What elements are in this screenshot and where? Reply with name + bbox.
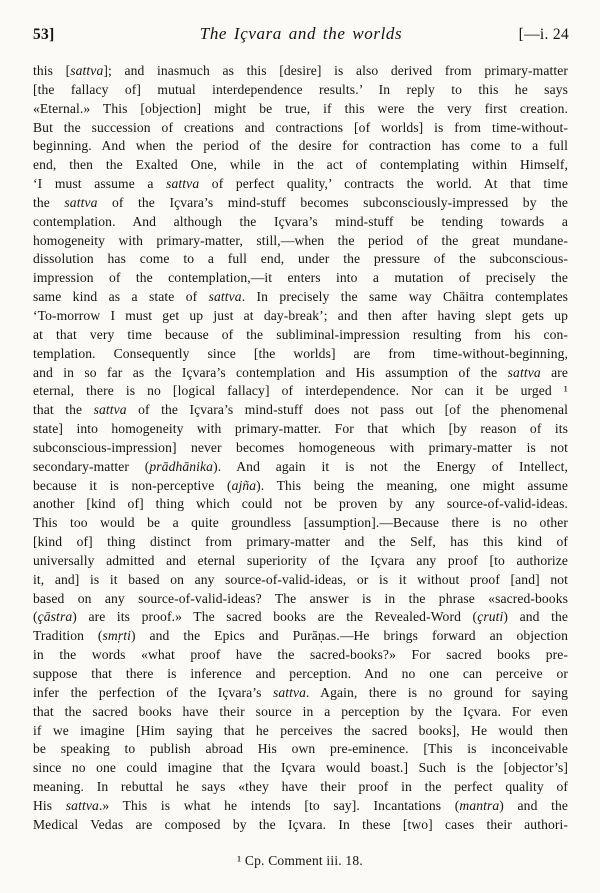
text-line: impression of the contemplation,—it ente… (33, 269, 568, 288)
text-line: universally admitted and eternal superio… (33, 552, 568, 571)
text-line: His sattva.» This is what he intends [to… (33, 797, 568, 816)
text-line: that the sattva of the Içvara’s mind-stu… (33, 401, 568, 420)
text-line: another [kind of] thing which could not … (33, 495, 568, 514)
text-line: eternal, there is no [logical fallacy] o… (33, 382, 568, 401)
text-line: this [sattva]; and inasmuch as this [des… (33, 62, 568, 81)
text-line: infer the perfection of the Içvara’s sat… (33, 684, 568, 703)
document-page: 53] The Içvara and the worlds [—i. 24 th… (0, 0, 600, 893)
text-line: at that very time because of the sublimi… (33, 326, 568, 345)
footnote: ¹ Cp. Comment iii. 18. (0, 853, 600, 869)
text-line: templation. Consequently since [the worl… (33, 345, 568, 364)
page-number: 53] (33, 26, 123, 44)
text-line: «Eternal.» This [objection] might be tru… (33, 100, 568, 119)
text-line: it, and] is it based on any source-of-va… (33, 571, 568, 590)
text-line: [the fallacy of] mutual interdependence … (33, 81, 568, 100)
text-line: beginning. And when the period of the de… (33, 137, 568, 156)
page-header: 53] The Içvara and the worlds [—i. 24 (33, 24, 569, 44)
text-line: But the succession of creations and cont… (33, 119, 568, 138)
text-line: ‘To-morrow I must get up just at day-bre… (33, 307, 568, 326)
section-reference: [—i. 24 (479, 26, 569, 44)
text-line: contemplation. And although the Içvara’s… (33, 213, 568, 232)
text-line: Medical Vedas are composed by the Içvara… (33, 816, 568, 835)
text-line: (çāstra) are its proof.» The sacred book… (33, 608, 568, 627)
page-title: The Içvara and the worlds (123, 24, 479, 44)
text-line: if we imagine [Him saying that he percei… (33, 722, 568, 741)
text-line: suppose that there is inference and perc… (33, 665, 568, 684)
text-line: Tradition (smṛti) and the Epics and Purā… (33, 627, 568, 646)
text-line: subconscious-impression] never becomes h… (33, 439, 568, 458)
text-line: homogeneity with primary-matter, still,—… (33, 232, 568, 251)
text-line: be speaking to publish abroad His own pr… (33, 740, 568, 759)
text-line: ‘I must assume a sattva of perfect quali… (33, 175, 568, 194)
text-line: because it is non-perceptive (ajña). Thi… (33, 477, 568, 496)
text-line: dissolution has come to a full end, unde… (33, 250, 568, 269)
text-line: This too would be a quite groundless [as… (33, 514, 568, 533)
text-line: state] into homogeneity with primary-mat… (33, 420, 568, 439)
text-line: that the sacred books have their source … (33, 703, 568, 722)
text-line: and in so far as the Içvara’s contemplat… (33, 364, 568, 383)
text-line: end, then the Exalted One, while in the … (33, 156, 568, 175)
text-line: in the words «what proof have the sacred… (33, 646, 568, 665)
text-line: secondary-matter (prādhānika). And again… (33, 458, 568, 477)
text-line: based on any source-of-valid-ideas? The … (33, 590, 568, 609)
text-line: [kind of] thing distinct from primary-ma… (33, 533, 568, 552)
text-line: meaning. In rebuttal he says «they have … (33, 778, 568, 797)
text-line: the sattva of the Içvara’s mind-stuff be… (33, 194, 568, 213)
text-line: same kind as a state of sattva. In preci… (33, 288, 568, 307)
text-line: since no one could imagine that the Içva… (33, 759, 568, 778)
body-text: this [sattva]; and inasmuch as this [des… (33, 62, 568, 835)
